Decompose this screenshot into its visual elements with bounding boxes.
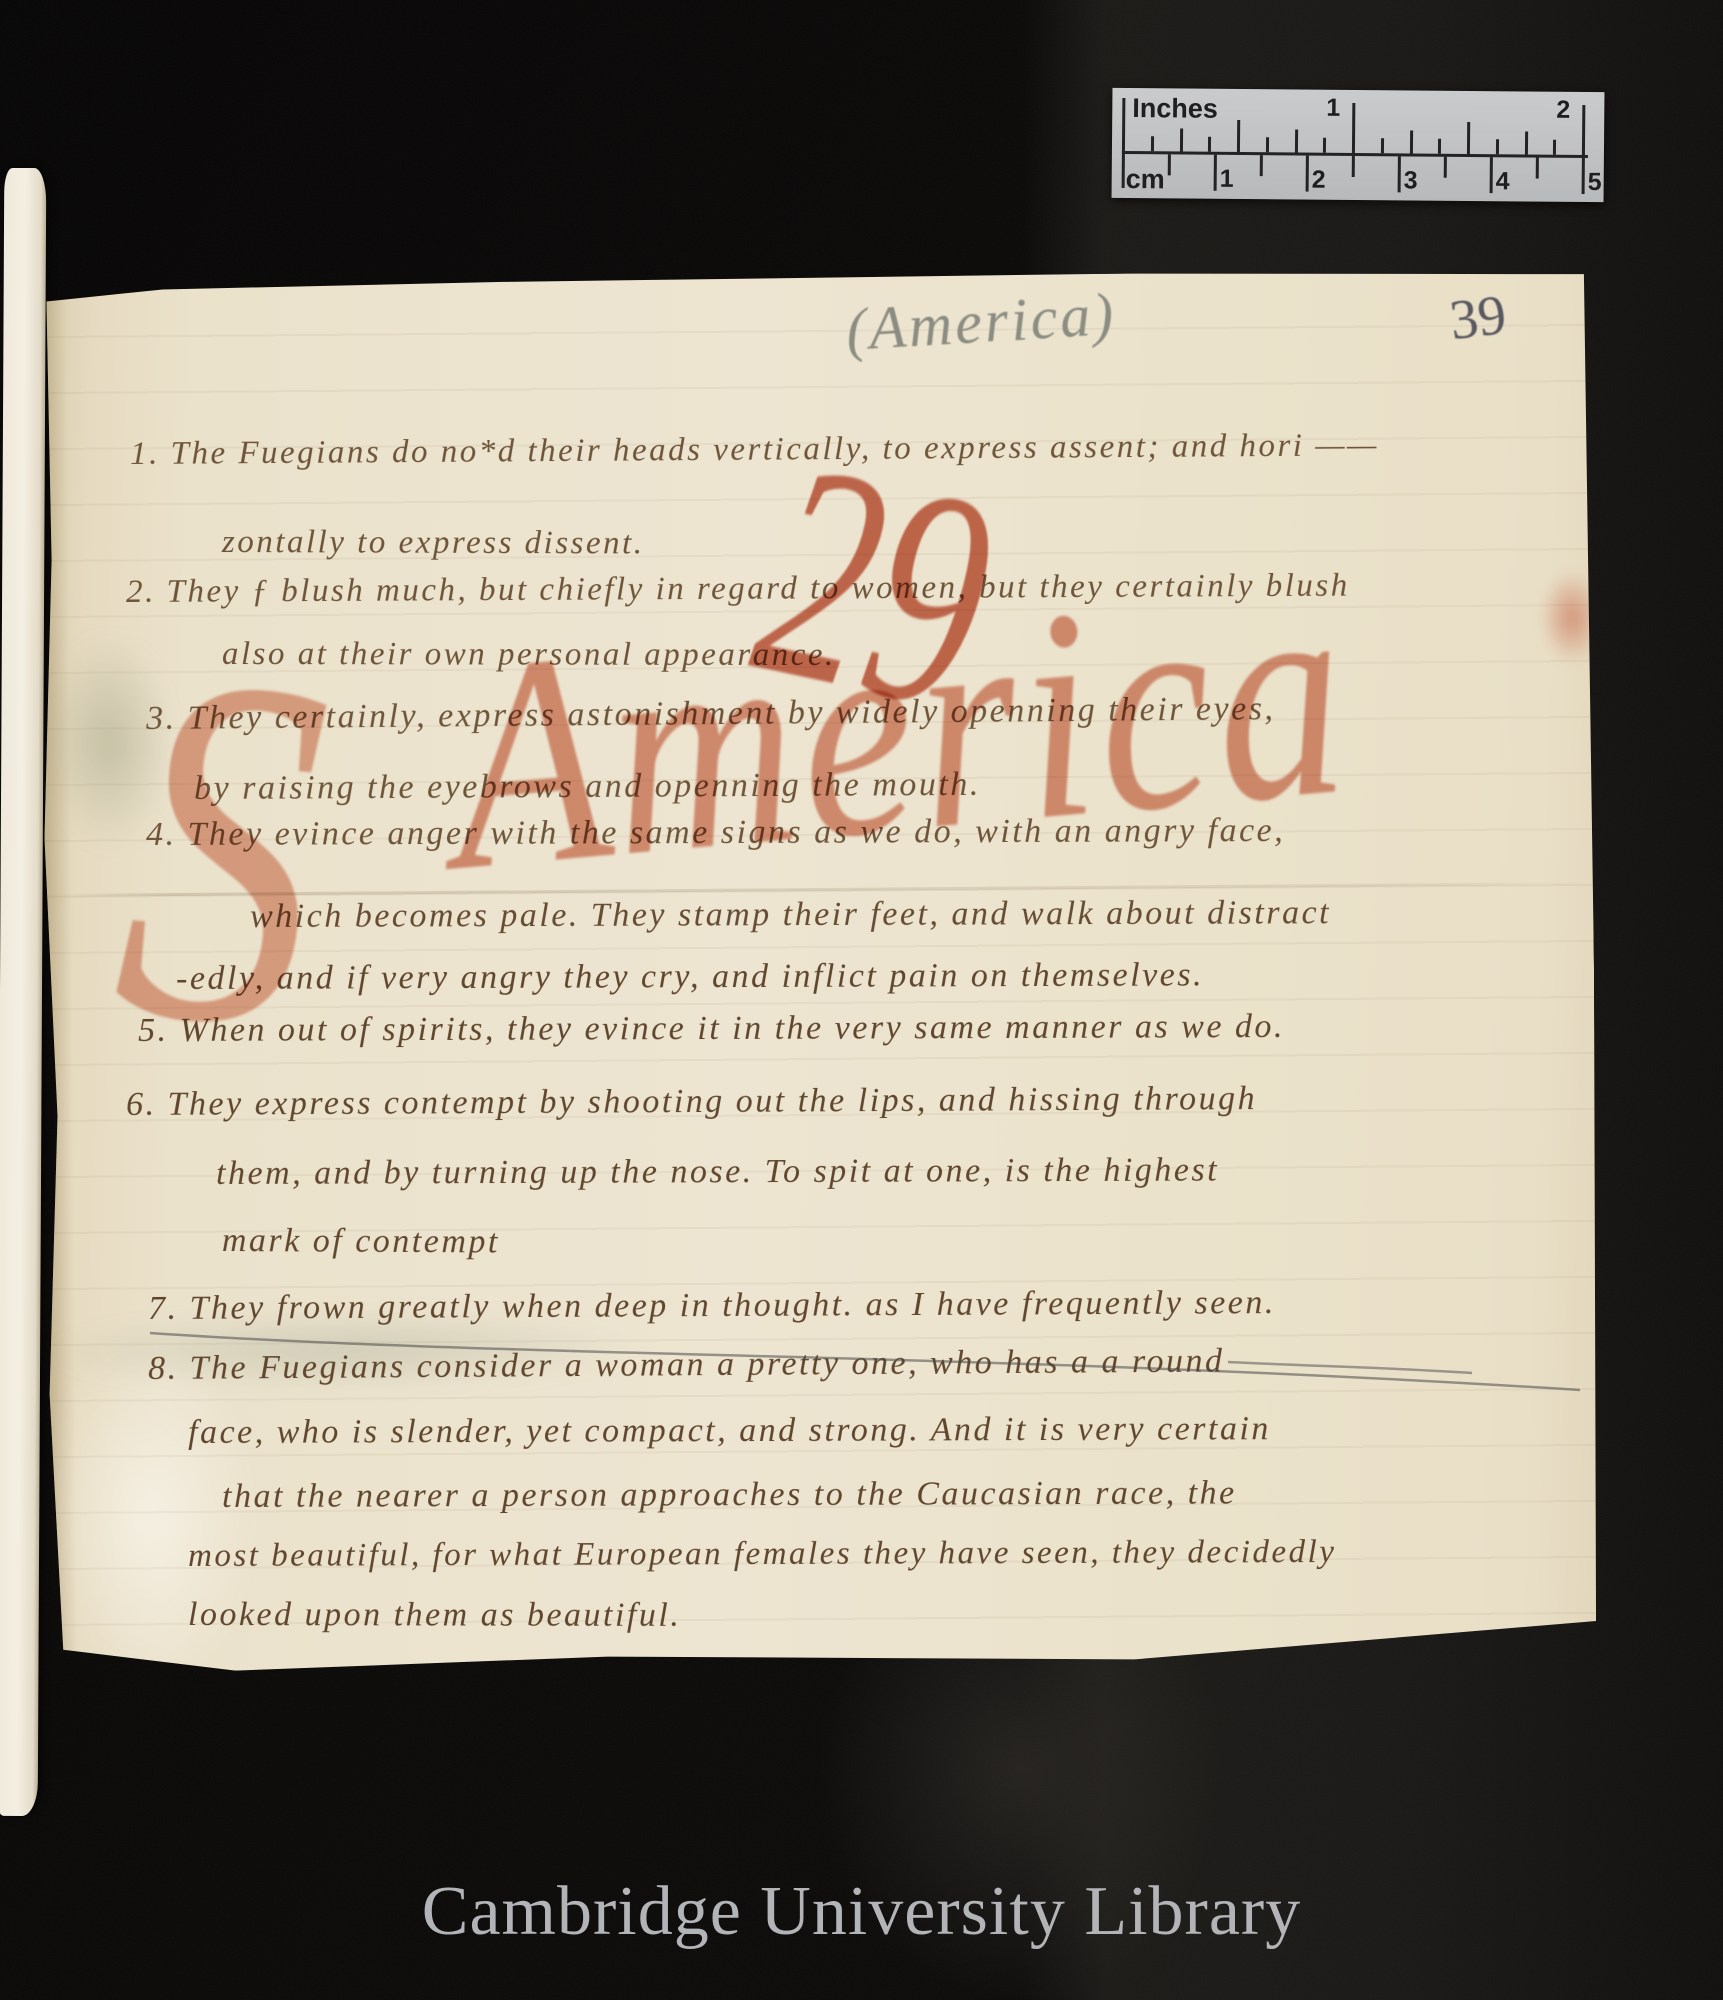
ruler-tick — [1323, 138, 1326, 153]
scale-ruler: Inches cm 1212345 — [1112, 88, 1605, 202]
library-watermark: Cambridge University Library — [0, 1872, 1723, 1952]
ruler-tick — [1208, 137, 1211, 152]
ruler-tick — [1496, 139, 1499, 154]
ruler-number: 2 — [1312, 166, 1326, 195]
ruler-tick — [1444, 157, 1447, 178]
manuscript-line: looked upon them as beautiful. — [188, 1596, 681, 1635]
ruler-tick — [1536, 158, 1539, 179]
ruler-tick — [1398, 156, 1401, 192]
ruler-tick — [1266, 137, 1269, 152]
ruler-cm-label: cm — [1126, 164, 1165, 195]
manuscript-line: mark of contempt — [222, 1222, 500, 1261]
ruler-tick — [1214, 155, 1217, 191]
ruler-inches-label: Inches — [1132, 93, 1218, 125]
ruler-tick — [1352, 156, 1355, 177]
book-leaf-edge — [0, 168, 46, 1816]
ruler-tick — [1490, 157, 1493, 193]
ruler-tick — [1168, 154, 1171, 175]
ruler-tick — [1409, 130, 1412, 153]
ruler-number: 1 — [1326, 94, 1340, 123]
manuscript-line: them, and by turning up the nose. To spi… — [216, 1151, 1219, 1193]
ruler-number: 4 — [1496, 167, 1510, 196]
manuscript-line: zontally to express dissent. — [222, 524, 645, 562]
photograph-stage: 1. The Fuegians do no*d their heads vert… — [0, 0, 1723, 2000]
ruler-number: 1 — [1220, 165, 1234, 194]
ruler-tick — [1179, 128, 1182, 151]
ruler-tick — [1352, 103, 1355, 153]
ruler-tick — [1553, 140, 1556, 155]
manuscript-line: that the nearer a person approaches to t… — [222, 1474, 1237, 1516]
ruler-tick — [1381, 138, 1384, 153]
ruler-tick — [1294, 129, 1297, 152]
ruler-tick — [1260, 155, 1263, 176]
manuscript-line: 7. They frown greatly when deep in thoug… — [148, 1284, 1276, 1328]
ruler-tick — [1582, 105, 1585, 155]
manuscript-line: 8. The Fuegians consider a woman a prett… — [148, 1342, 1225, 1388]
ruler-number: 3 — [1404, 166, 1418, 195]
ruler-tick — [1582, 158, 1585, 194]
manuscript-line: most beautiful, for what European female… — [188, 1534, 1336, 1575]
ruler-tick — [1306, 156, 1309, 192]
manuscript-line: face, who is slender, yet compact, and s… — [188, 1410, 1271, 1452]
ruler-number: 5 — [1588, 168, 1602, 197]
folio-number: 39 — [1446, 283, 1509, 353]
ruler-tick — [1237, 120, 1240, 152]
ruler-tick — [1524, 131, 1527, 154]
ruler-tick — [1151, 136, 1154, 151]
manuscript-line: 5. When out of spirits, they evince it i… — [138, 1008, 1285, 1050]
ruler-number: 2 — [1556, 96, 1570, 125]
ruler-tick — [1467, 122, 1470, 154]
ruler-tick — [1438, 139, 1441, 154]
manuscript-line: -edly, and if very angry they cry, and i… — [176, 956, 1204, 998]
